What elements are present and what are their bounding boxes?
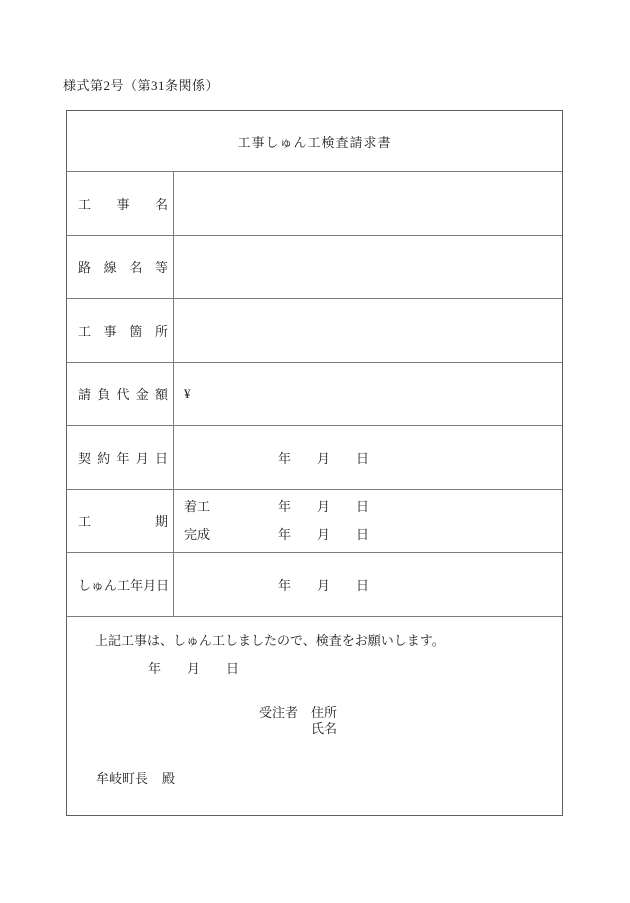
construction-period-label-cell: 工期 [67, 490, 174, 553]
row-contract-date: 契約年月日 年 月 日 [67, 425, 562, 489]
form-title: 工事しゅん工検査請求書 [237, 132, 391, 151]
row-contract-amount: 請負代金額 ¥ [67, 362, 562, 426]
contract-date-placeholder: 年 月 日 [278, 448, 369, 467]
name-label: 氏名 [311, 721, 562, 737]
completion-date-label: しゅん工年月日 [78, 575, 168, 594]
addressee-title: 牟岐町長 [96, 771, 148, 787]
construction-site-label: 工事箇所 [78, 321, 168, 340]
completion-date-label-cell: しゅん工年月日 [67, 553, 174, 616]
period-end-line: 完成 年 月 日 [184, 521, 562, 549]
addressee-line: 牟岐町長 殿 [96, 771, 562, 787]
construction-name-label-cell: 工事名 [67, 172, 174, 235]
contractor-label: 受注者 [259, 705, 311, 721]
inspection-request-sentence: 上記工事は、しゅん工しましたので、検査をお願いします。 [95, 633, 562, 649]
completion-date-value-cell: 年 月 日 [174, 553, 562, 616]
contractor-address-line: 受注者 住所 [259, 705, 562, 721]
yen-sign: ¥ [184, 386, 191, 402]
period-end-date-placeholder: 年 月 日 [278, 521, 369, 549]
honorific-label: 殿 [162, 771, 175, 787]
row-completion-date: しゅん工年月日 年 月 日 [67, 552, 562, 616]
footer-date-placeholder: 年 月 日 [148, 661, 562, 677]
row-construction-site: 工事箇所 [67, 298, 562, 362]
construction-name-label: 工事名 [78, 194, 168, 213]
period-start-line: 着工 年 月 日 [184, 493, 562, 521]
construction-site-label-cell: 工事箇所 [67, 299, 174, 362]
contract-amount-label-cell: 請負代金額 [67, 363, 174, 426]
period-start-date-placeholder: 年 月 日 [278, 493, 369, 521]
form-title-row: 工事しゅん工検査請求書 [67, 111, 562, 171]
contract-amount-value-cell: ¥ [174, 363, 562, 426]
contract-amount-label: 請負代金額 [78, 384, 168, 403]
completion-date-placeholder: 年 月 日 [278, 575, 369, 594]
construction-period-value-cell: 着工 年 月 日 完成 年 月 日 [174, 490, 562, 553]
contract-date-label: 契約年月日 [78, 448, 168, 467]
route-name-value-cell [174, 236, 562, 299]
period-end-label: 完成 [184, 521, 278, 549]
contractor-block: 受注者 住所 氏名 [259, 705, 562, 737]
footer-section: 上記工事は、しゅん工しましたので、検査をお願いします。 年 月 日 受注者 住所… [67, 616, 562, 816]
construction-name-value-cell [174, 172, 562, 235]
route-name-label-cell: 路線名等 [67, 236, 174, 299]
row-route-name: 路線名等 [67, 235, 562, 299]
contract-date-label-cell: 契約年月日 [67, 426, 174, 489]
period-start-label: 着工 [184, 493, 278, 521]
row-construction-period: 工期 着工 年 月 日 完成 年 月 日 [67, 489, 562, 553]
row-construction-name: 工事名 [67, 171, 562, 235]
address-label: 住所 [311, 705, 337, 721]
construction-site-value-cell [174, 299, 562, 362]
form-number-line: 様式第2号（第31条関係） [63, 78, 219, 94]
inspection-request-form-table: 工事しゅん工検査請求書 工事名 路線名等 工事箇所 請負代金額 ¥ 契約年月日 [66, 110, 563, 816]
construction-period-label: 工期 [78, 511, 168, 530]
contract-date-value-cell: 年 月 日 [174, 426, 562, 489]
route-name-label: 路線名等 [78, 257, 168, 276]
